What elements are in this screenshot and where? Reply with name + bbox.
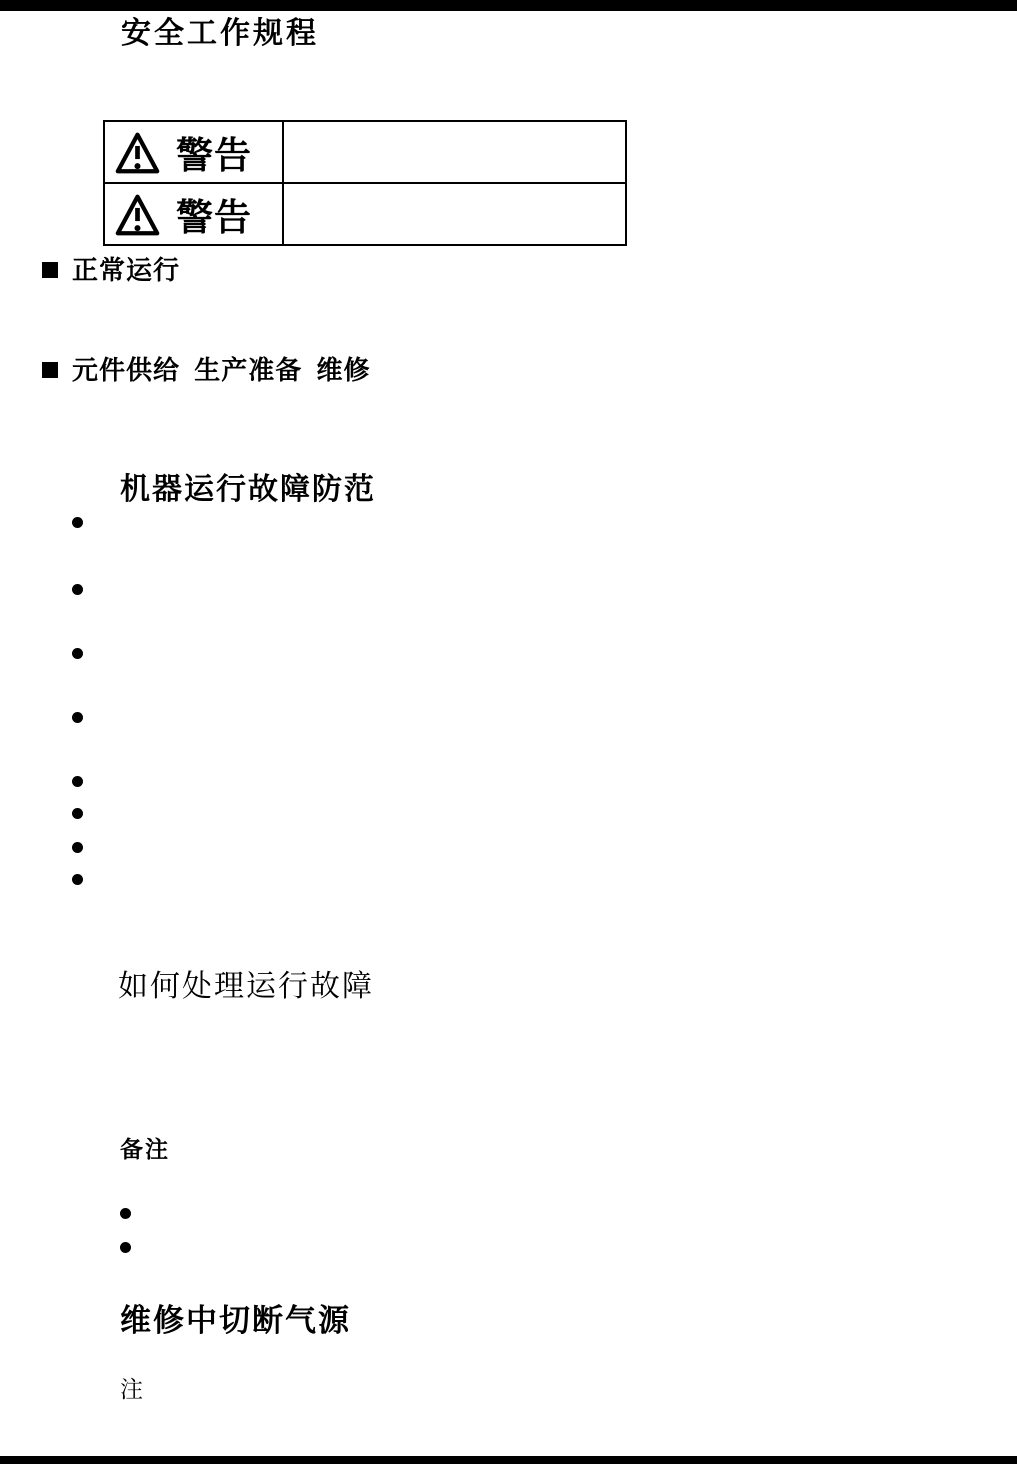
warning-row: 警告 xyxy=(105,184,625,244)
bullet-point xyxy=(72,874,83,885)
bullet-point xyxy=(120,1242,131,1253)
warning-row: 警告 xyxy=(105,122,625,184)
bullet-point xyxy=(72,712,83,723)
section-marker-label: 正常运行 xyxy=(72,255,180,285)
bottom-border-rule xyxy=(0,1456,1017,1464)
bullet-point xyxy=(72,517,83,528)
warning-content-cell xyxy=(284,184,625,244)
warning-label: 警告 xyxy=(176,187,252,241)
warning-triangle-icon xyxy=(114,192,161,237)
black-square-marker-icon xyxy=(42,262,58,278)
bullet-point xyxy=(72,808,83,819)
top-border-rule xyxy=(0,0,1017,11)
section-marker-label: 元件供给 生产准备 维修 xyxy=(72,355,370,385)
bullet-point xyxy=(120,1208,131,1219)
warning-label: 警告 xyxy=(176,125,252,179)
warning-table: 警告 警告 xyxy=(103,120,627,246)
heading-fault-handling: 如何处理运行故障 xyxy=(118,961,374,1005)
section-component-supply: 元件供给 生产准备 维修 xyxy=(42,355,370,385)
bullet-point xyxy=(72,648,83,659)
warning-header-cell: 警告 xyxy=(105,122,284,182)
heading-fault-prevention: 机器运行故障防范 xyxy=(120,464,376,508)
page-title: 安全工作规程 xyxy=(121,14,319,54)
warning-content-cell xyxy=(284,122,625,182)
warning-header-cell: 警告 xyxy=(105,184,284,244)
section-normal-operation: 正常运行 xyxy=(42,255,180,285)
black-square-marker-icon xyxy=(42,362,58,378)
warning-triangle-icon xyxy=(114,130,161,175)
bullet-point xyxy=(72,776,83,787)
heading-remarks: 备注 xyxy=(120,1131,170,1164)
document-page: 安全工作规程 警告 警告 xyxy=(0,0,1017,1465)
bullet-point xyxy=(72,842,83,853)
heading-note: 注 xyxy=(120,1371,145,1404)
bullet-point xyxy=(72,584,83,595)
heading-air-supply-cutoff: 维修中切断气源 xyxy=(120,1295,351,1340)
